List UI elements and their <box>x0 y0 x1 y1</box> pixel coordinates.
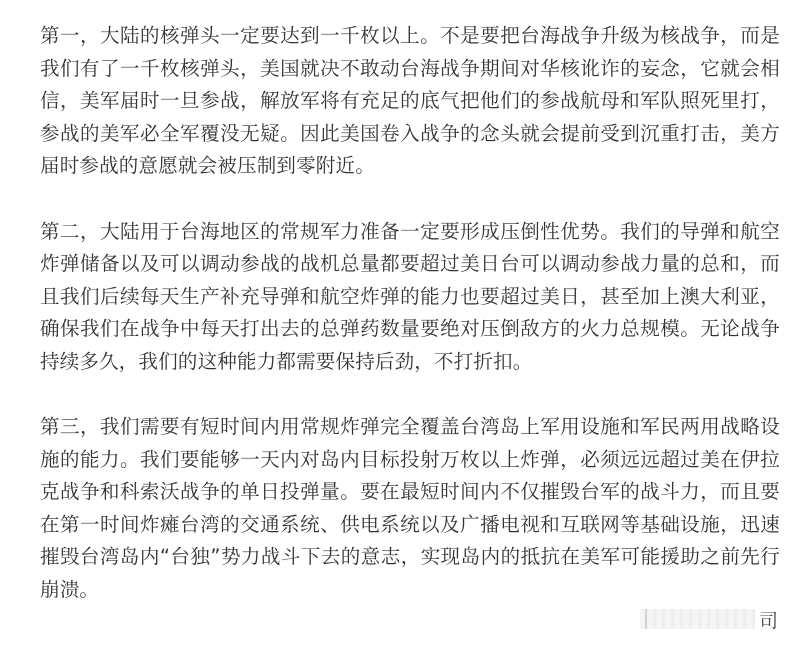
article-body: 第一，大陆的核弹头一定要达到一千枚以上。不是要把台海战争升级为核战争，而是我们有… <box>40 20 780 606</box>
paragraph-second: 第二，大陆用于台海地区的常规军力准备一定要形成压倒性优势。我们的导弹和航空炸弹储… <box>40 216 780 379</box>
watermark-label: 司 <box>759 606 778 633</box>
watermark-stroke <box>645 609 647 629</box>
watermark: 司 <box>640 604 785 634</box>
paragraph-first: 第一，大陆的核弹头一定要达到一千枚以上。不是要把台海战争升级为核战争，而是我们有… <box>40 20 780 183</box>
paragraph-third: 第三，我们需要有短时间内用常规炸弹完全覆盖台湾岛上军用设施和军民两用战略设施的能… <box>40 411 780 606</box>
blurred-watermark-text <box>640 609 755 629</box>
